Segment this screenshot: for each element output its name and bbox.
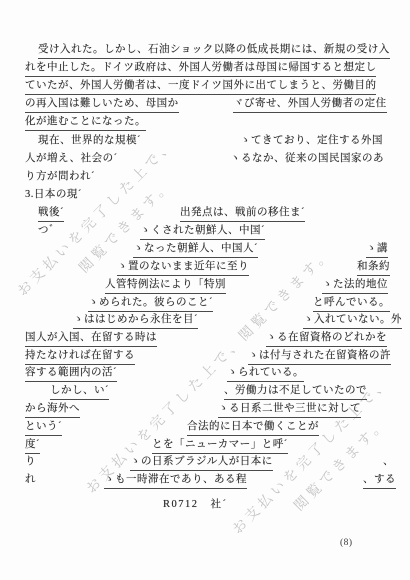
text-line: ゝははじめから永住を目´ゝ入れていない。外	[0, 311, 410, 328]
text-segment: つ゛	[38, 222, 60, 237]
text-line: 3.日本の現´	[0, 186, 410, 203]
text-segment: り	[25, 453, 36, 468]
text-segment: という´	[25, 418, 62, 436]
text-segment: ゝの日系ブラジル人が日本に	[130, 453, 273, 471]
text-segment: ゝた法的地位	[322, 276, 388, 294]
text-segment: ゝなった朝鮮人、中国人´	[133, 240, 258, 258]
text-segment: ゝくされた朝鮮人、中国´	[140, 222, 265, 240]
text-line: しかし、い´、労働力は不足していたので	[0, 382, 410, 399]
text-line: ていたが、外国人労働者は、一度ドイツ国外に出てしまうと、労働目的	[0, 77, 410, 94]
text-segment: ゝる日系二世や三世に対して	[218, 400, 361, 418]
footer-code: R0712 社´	[163, 496, 228, 511]
text-segment: 度´	[25, 436, 40, 454]
text-segment: 国人が入国、在留する時は	[25, 329, 157, 347]
text-segment: 、する	[363, 471, 396, 489]
text-segment: ゝ講	[366, 240, 388, 258]
text-line: りゝの日系ブラジル人が日本に、	[0, 453, 410, 470]
text-segment: ゝ入れていない。外	[303, 311, 402, 329]
text-segment: 化が進むことになった。	[25, 113, 146, 131]
text-line: ゝめられた。彼らのこと´と呼んでいる。	[0, 294, 410, 311]
text-segment: ヽるなか、従来の国民国家のあ	[230, 150, 384, 165]
text-segment: しかし、い´	[50, 382, 109, 400]
text-line: 持たなければ在留するゝは付与された在留資格の許	[0, 347, 410, 364]
text-line: り方が問われ´	[0, 168, 410, 185]
text-segment: ていたが、外国人労働者は、一度ドイツ国外に出てしまうと、労働目的	[25, 77, 376, 95]
text-segment: 受け入れた。しかし、石油ショック以降の低成長期には、新規の受け入	[38, 41, 390, 59]
text-segment: 合法的に日本で働くことが	[187, 418, 319, 436]
text-line: れを中止した。ドイツ政府は、外国人労働者は母国に帰国すると想定し	[0, 59, 410, 76]
text-segment: から海外へ	[25, 400, 80, 418]
text-segment: ゝ置のないまま近年に至り	[117, 258, 249, 276]
text-segment: ゝは付与された在留資格の許	[248, 347, 391, 365]
text-line: 化が進むことになった。	[0, 113, 410, 130]
text-line: つ゛ゝくされた朝鮮人、中国´	[0, 222, 410, 239]
text-segment: 、	[383, 453, 394, 468]
text-segment: ゝられている。	[227, 364, 304, 382]
text-line: 人管特例法により「特別ゝた法的地位	[0, 276, 410, 293]
text-segment: ヾび寄せ、外国人労働者の定住	[233, 95, 387, 113]
text-segment: 容する範囲内の活´	[25, 364, 117, 382]
text-segment: と呼んでいる。	[313, 294, 390, 312]
text-line: 現在、世界的な規模´ゝてきており、定住する外国	[0, 132, 410, 149]
text-segment: 3.日本の現´	[25, 186, 82, 201]
text-line: の再入国は難しいため、母国かヾび寄せ、外国人労働者の定住	[0, 95, 410, 112]
text-line: という´合法的に日本で働くことが	[0, 418, 410, 435]
text-segment: ゝる在留資格のどれかを	[266, 329, 387, 347]
text-segment: れ	[25, 471, 36, 486]
text-segment: れを中止した。ドイツ政府は、外国人労働者は母国に帰国すると想定し	[25, 59, 376, 77]
text-segment: ゝてきており、定住する外国	[240, 132, 383, 147]
text-segment: ゝめられた。彼らのこと´	[88, 294, 213, 312]
page-number: (8)	[340, 538, 353, 548]
text-segment: り方が問われ´	[25, 168, 95, 183]
text-segment: 人管特例法により「特別	[105, 276, 226, 294]
text-segment: の再入国は難しいため、母国か	[25, 95, 179, 113]
text-segment: 戦後´	[38, 204, 64, 222]
text-line: れゝも一時滞在であり、ある程、する	[0, 471, 410, 488]
text-line: ゝ置のないまま近年に至り和条約	[0, 258, 410, 275]
text-segment: 、労働力は不足していたので	[224, 382, 367, 400]
text-line: 国人が入国、在留する時はゝる在留資格のどれかを	[0, 329, 410, 346]
document-page: お支払いを完了した上で、 閲覧できます。 お支払いを完了した上で、閲覧できます。…	[0, 0, 410, 580]
text-segment: 現在、世界的な規模´	[38, 132, 141, 147]
text-line: ゝなった朝鮮人、中国人´ゝ講	[0, 240, 410, 257]
text-line: 度´とを「ニューカマー」と呼´	[0, 436, 410, 453]
text-segment: 持たなければ在留する	[25, 347, 135, 365]
text-segment: 出発点は、戦前の移住ま´	[180, 204, 305, 222]
text-segment: ゝははじめから永住を目´	[73, 311, 198, 329]
text-segment: 和条約	[357, 258, 390, 276]
text-segment: とを「ニューカマー」と呼´	[152, 436, 288, 454]
text-line: から海外へゝる日系二世や三世に対して	[0, 400, 410, 417]
text-line: 容する範囲内の活´ゝられている。	[0, 364, 410, 381]
text-line: 受け入れた。しかし、石油ショック以降の低成長期には、新規の受け入	[0, 41, 410, 58]
text-segment: 人が増え、社会の´	[25, 150, 118, 165]
text-line: 戦後´出発点は、戦前の移住ま´	[0, 204, 410, 221]
text-segment: ゝも一時滞在であり、ある程	[104, 471, 247, 489]
text-line: 人が増え、社会の´ヽるなか、従来の国民国家のあ	[0, 150, 410, 167]
